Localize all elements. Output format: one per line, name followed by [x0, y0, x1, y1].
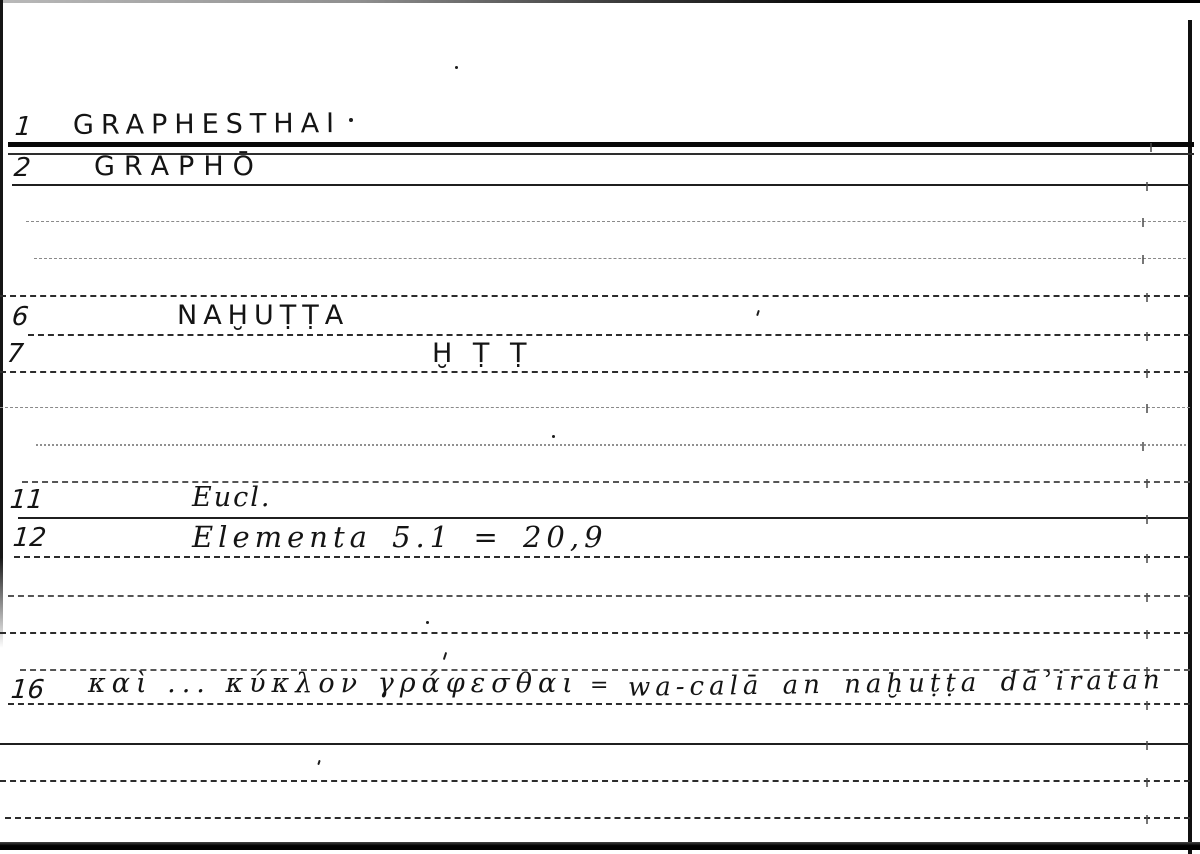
index-card: 1 GRAPHESTHAI 2 GRAPHŌ 6 NAḪUṬṬA 7 Ḫ Ṭ Ṭ…: [0, 0, 1200, 854]
ruled-line-12: [14, 556, 1190, 558]
row-11-text: Eucl.: [192, 482, 271, 514]
ruled-line-18: [0, 780, 1190, 782]
ruled-line-14: [0, 632, 1190, 634]
ink-speck: [756, 310, 760, 316]
row-12-text: Elementa 5.1 = 20,9: [192, 521, 608, 553]
row-6-number: 6: [11, 303, 30, 331]
row-2-text: GRAPHŌ: [94, 152, 263, 182]
ink-speck: [317, 760, 320, 765]
ink-speck: [426, 621, 429, 624]
row-16-text-transliteration: wa-calā an naḫuṭṭa dāʾiratan: [628, 664, 1165, 703]
row-16-number: 16: [10, 676, 46, 704]
ruled-line-7: [0, 371, 1190, 373]
card-left-edge: [0, 0, 3, 648]
ruled-line-8: [0, 407, 1190, 408]
ruled-line-3: [26, 221, 1186, 222]
card-top-edge: [0, 0, 1200, 3]
ruled-line-19: [5, 817, 1190, 819]
ruled-line-11: [18, 517, 1190, 519]
ruled-line-17: [0, 743, 1190, 745]
ink-speck: [349, 118, 353, 122]
row-11-number: 11: [9, 486, 45, 514]
row-6-text: NAḪUṬṬA: [177, 301, 349, 331]
ruled-line-13: [8, 595, 1190, 597]
row-12-number: 12: [12, 524, 48, 552]
row-16-equals-sign: =: [590, 670, 608, 702]
row-1-text: GRAPHESTHAI: [73, 109, 341, 141]
ruled-line-16: [8, 703, 1190, 705]
row-7-number: 7: [6, 340, 25, 368]
ruled-line-2: [12, 184, 1190, 186]
ruled-line-6: [28, 334, 1190, 336]
ruled-line-4: [34, 258, 1186, 259]
row-16-text-greek: καὶ ... κύκλον γράφεσθαι: [88, 668, 579, 700]
ruled-line-9: [36, 444, 1186, 446]
ink-speck: [443, 652, 447, 660]
row-7-text: Ḫ Ṭ Ṭ: [432, 339, 530, 369]
row-1-number: 1: [14, 113, 33, 141]
card-bottom-edge: [0, 842, 1200, 850]
row-2-number: 2: [13, 154, 32, 182]
ink-speck: [552, 435, 555, 438]
ruled-line-5: [0, 295, 1190, 297]
ink-speck: [455, 66, 458, 69]
